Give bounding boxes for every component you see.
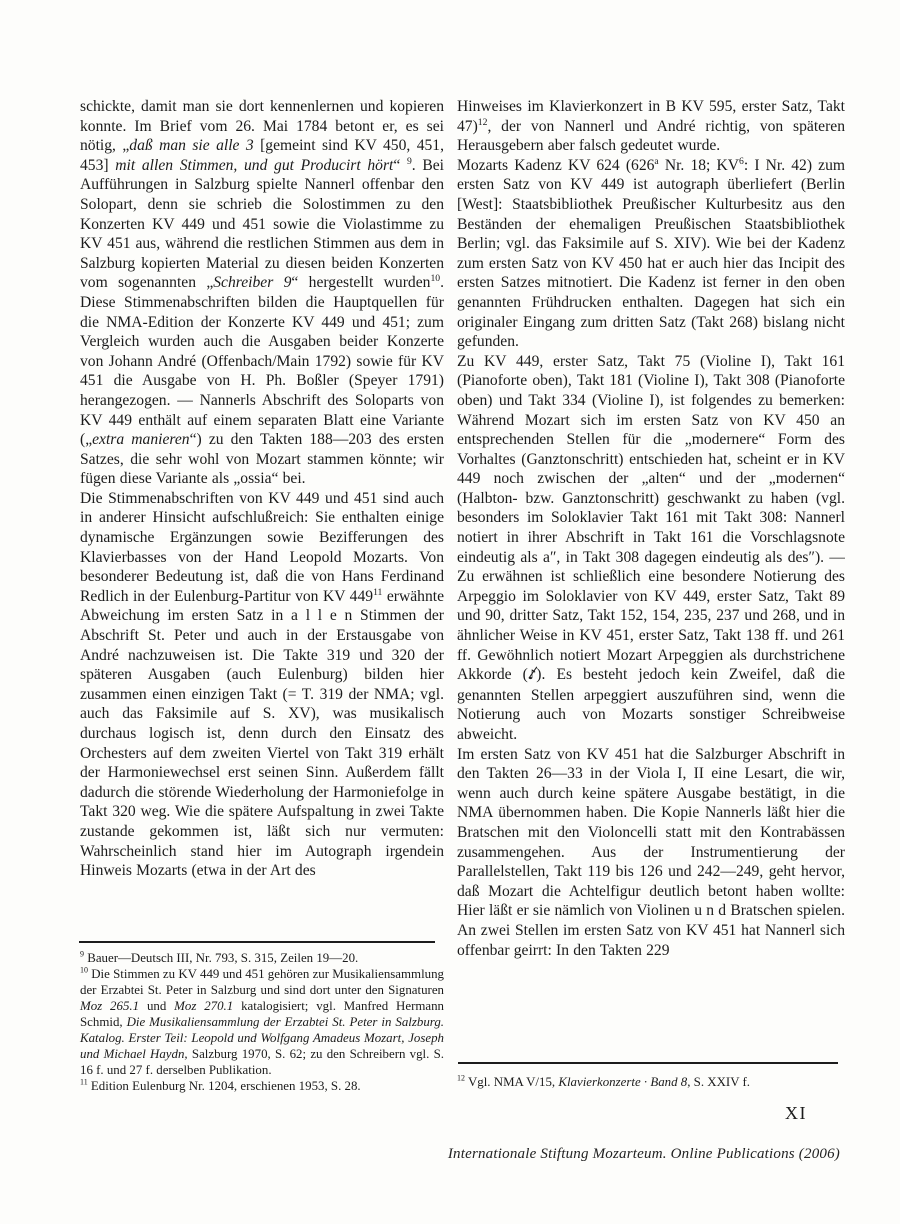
page-number: XI: [785, 1103, 807, 1124]
right-text-column: Hinweises im Klavierkonzert in B KV 595,…: [457, 97, 845, 1063]
right-footnotes: 12 Vgl. NMA V/15, Klavierkonzerte · Band…: [457, 1074, 845, 1090]
footnote-separator-rule: [458, 1062, 838, 1064]
footnote: 10 Die Stimmen zu KV 449 und 451 gehören…: [80, 966, 444, 1078]
paragraph: Mozarts Kadenz KV 624 (626a Nr. 18; KV6:…: [457, 156, 845, 352]
paragraph: Im ersten Satz von KV 451 hat die Salzbu…: [457, 745, 845, 961]
left-text-column: schickte, damit man sie dort kennenlerne…: [80, 97, 444, 943]
footnote: 9 Bauer—Deutsch III, Nr. 793, S. 315, Ze…: [80, 950, 444, 966]
footer-credit: Internationale Stiftung Mozarteum. Onlin…: [448, 1146, 840, 1163]
paragraph: Die Stimmenabschriften von KV 449 und 45…: [80, 489, 444, 881]
footnote: 11 Edition Eulenburg Nr. 1204, erschiene…: [80, 1078, 444, 1094]
paragraph: schickte, damit man sie dort kennenlerne…: [80, 97, 444, 489]
footnote-separator-rule: [79, 941, 435, 943]
paragraph: Hinweises im Klavierkonzert in B KV 595,…: [457, 97, 845, 156]
document-page: schickte, damit man sie dort kennenlerne…: [0, 0, 900, 1224]
arpeggio-note-icon: ♪: [528, 666, 536, 686]
left-footnotes: 9 Bauer—Deutsch III, Nr. 793, S. 315, Ze…: [80, 950, 444, 1094]
footnote: 12 Vgl. NMA V/15, Klavierkonzerte · Band…: [457, 1074, 845, 1090]
paragraph: Zu KV 449, erster Satz, Takt 75 (Violine…: [457, 352, 845, 745]
